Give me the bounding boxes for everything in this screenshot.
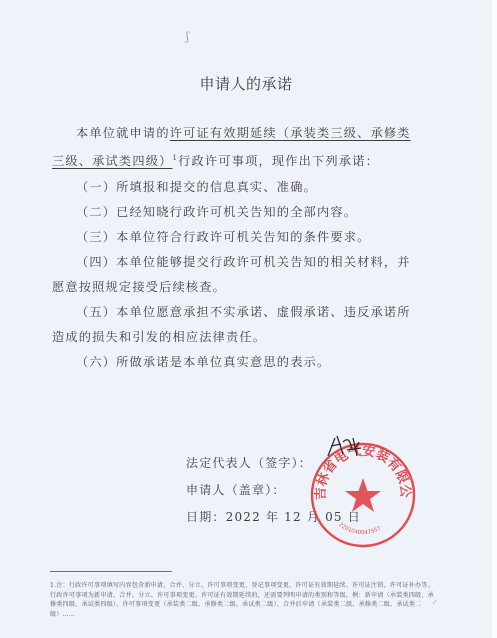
commitment-6: （六）所做承诺是本单位真实意思的表示。: [52, 350, 424, 375]
legal-rep-label: 法定代表人（签字）：: [186, 454, 312, 471]
footnote-divider: [50, 571, 172, 572]
date-label: 日期：: [186, 510, 226, 524]
commitment-3: （三）本单位符合行政许可机关告知的条件要求。: [52, 225, 424, 250]
document-title: 申请人的承诺: [0, 73, 492, 94]
intro-suffix: 行政许可事项，现作出下列承诺：: [178, 154, 379, 168]
svg-text:2201040047557: 2201040047557: [337, 522, 382, 536]
page-edge: [492, 0, 497, 638]
commitment-2: （二）已经知晓行政许可机关告知的全部内容。: [52, 200, 424, 225]
commitment-5: （五）本单位愿意承担不实承诺、虚假承诺、违反承诺所造成的损失和引发的相应法律责任…: [52, 300, 424, 350]
scanned-page: ʃ 申请人的承诺 本单位就申请的许可证有效期延续（承装类三级、承修类三级、承试类…: [0, 0, 492, 638]
intro-paragraph: 本单位就申请的许可证有效期延续（承装类三级、承修类三级、承试类四级）1行政许可事…: [52, 121, 424, 174]
commitment-1: （一）所填报和提交的信息真实、准确。: [52, 175, 424, 200]
footnote-text: 1.注：行政许可事项填写内容包含新申请、合并、分立、许可事项变更、登记事项变更、…: [50, 581, 434, 619]
commitment-4: （四）本单位能够提交行政许可机关告知的相关材料，并愿意按照规定接受后续核查。: [52, 250, 424, 300]
handwritten-signature-icon: [325, 432, 365, 462]
intro-prefix: 本单位就申请的: [76, 126, 170, 140]
scan-artifact: ʃ: [186, 30, 189, 43]
scan-artifact: ⸝: [432, 592, 438, 607]
applicant-label: 申请人（盖章）：: [186, 481, 286, 498]
